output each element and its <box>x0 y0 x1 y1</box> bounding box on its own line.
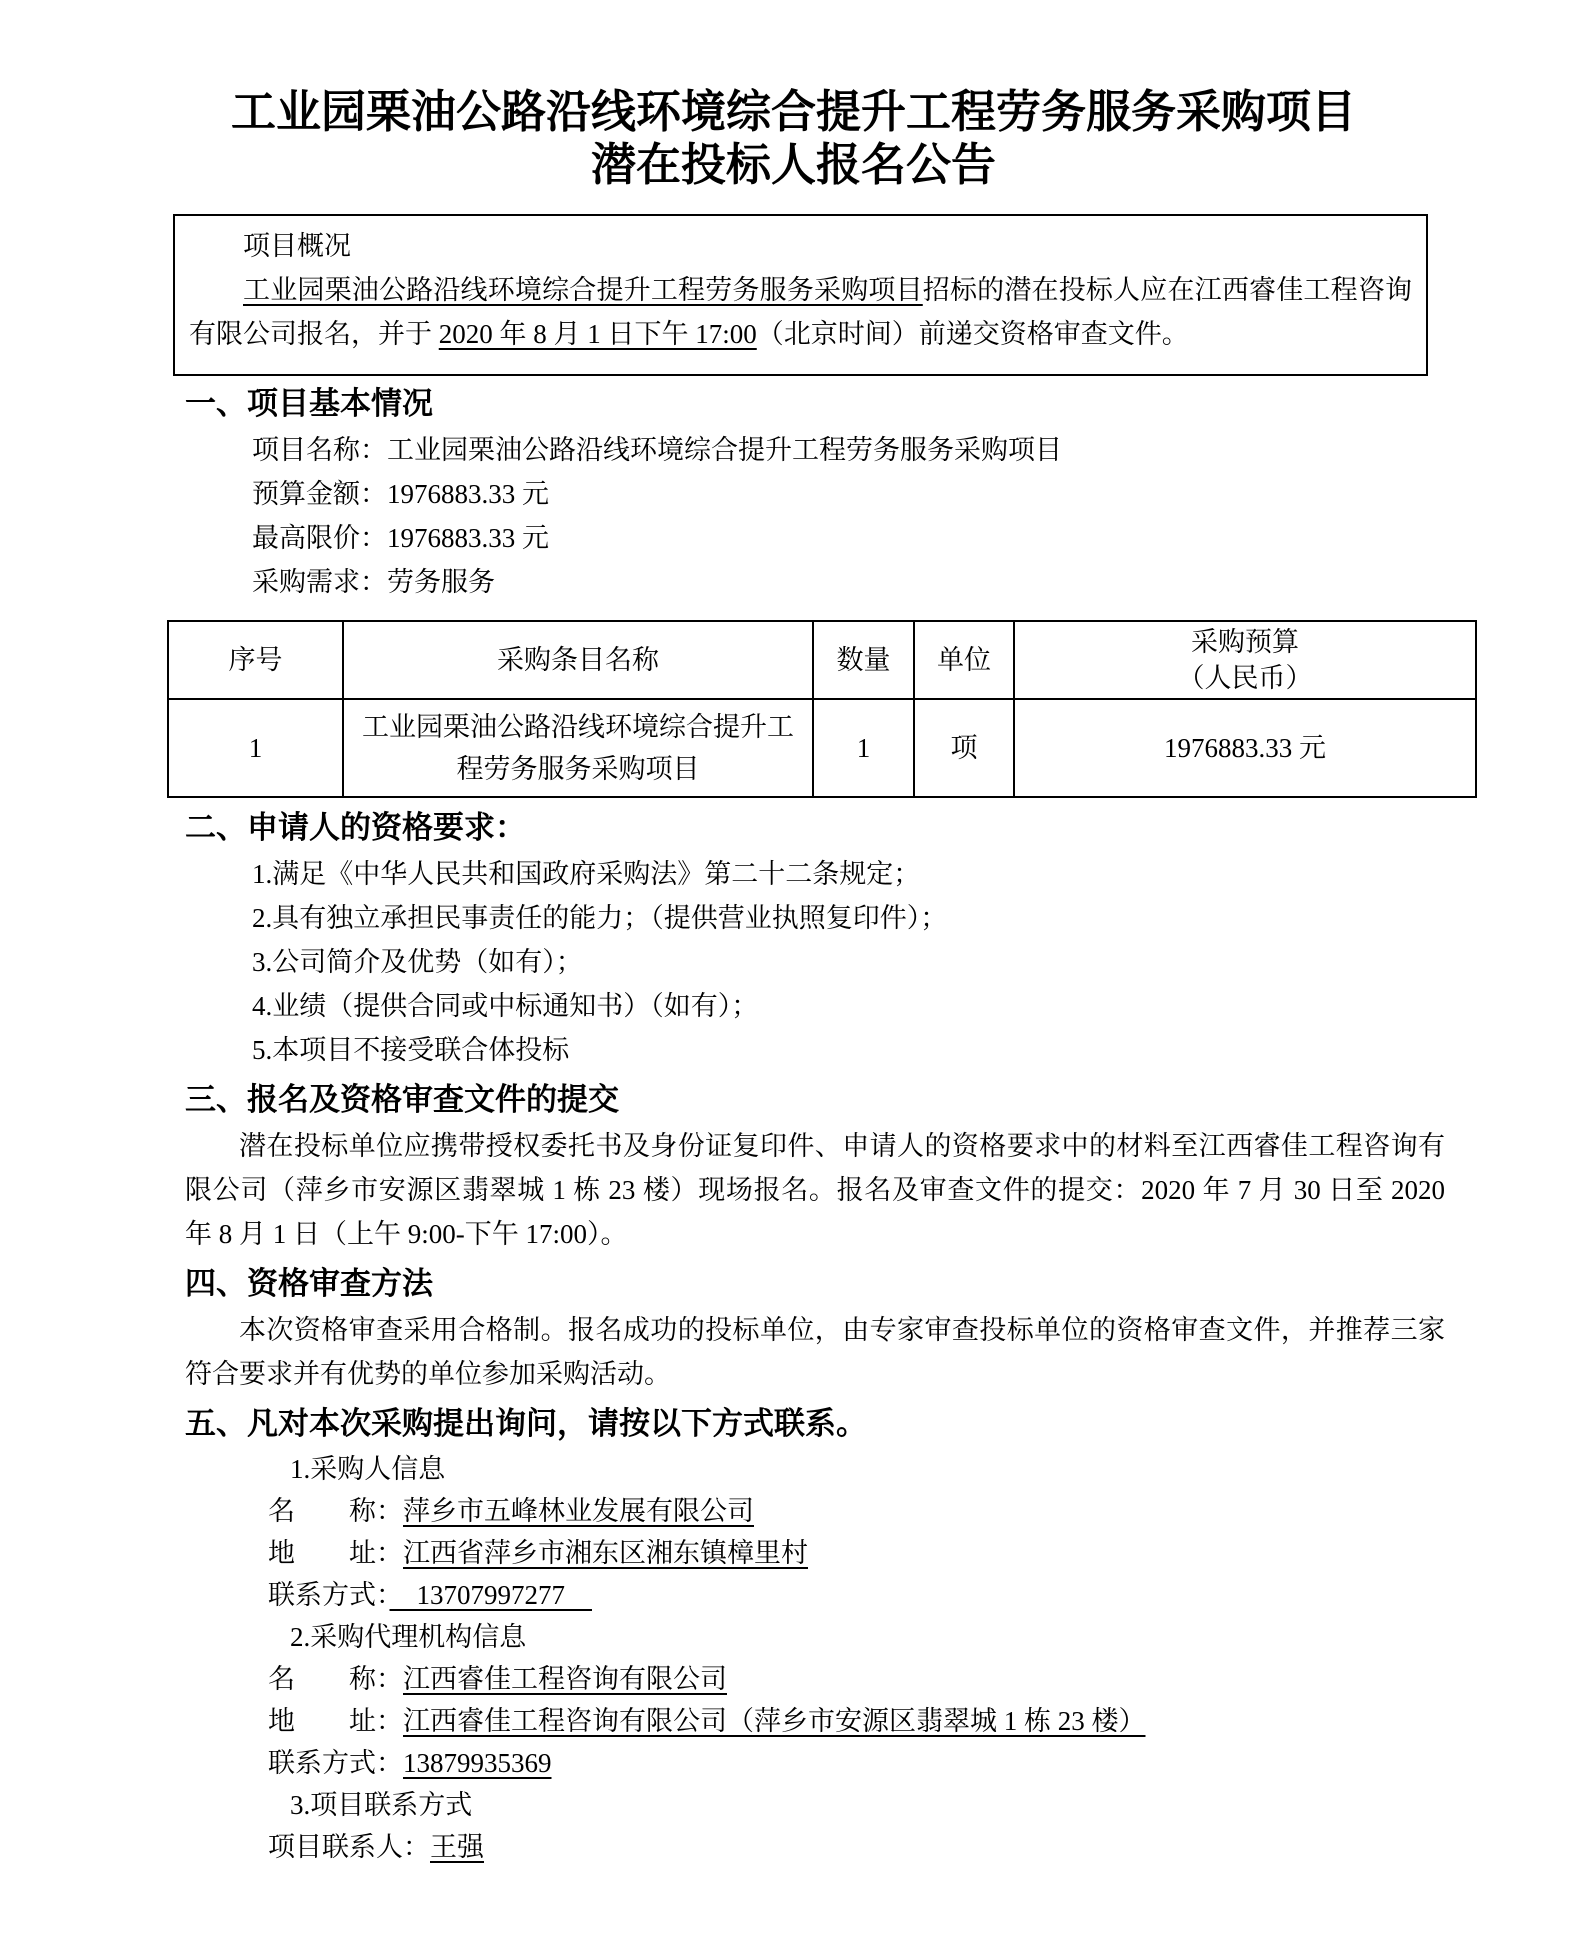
purchaser-address-line: 地 址：江西省萍乡市湘东区湘东镇樟里村 <box>268 1532 1445 1574</box>
section3-heading: 三、报名及资格审查文件的提交 <box>185 1076 1445 1124</box>
cell-serial: 1 <box>168 699 343 797</box>
section4-heading: 四、资格审查方法 <box>185 1260 1445 1308</box>
agency-name-line: 名 称：江西睿佳工程咨询有限公司 <box>268 1658 1445 1700</box>
qualification-item-2: 2.具有独立承担民事责任的能力；（提供营业执照复印件）； <box>252 896 1445 940</box>
procurement-demand-item: 采购需求：劳务服务 <box>252 560 1445 604</box>
announcement-document-page: 工业园栗油公路沿线环境综合提升工程劳务服务采购项目 潜在投标人报名公告 项目概况… <box>0 0 1587 1945</box>
cell-unit: 项 <box>914 699 1014 797</box>
cell-item-name: 工业园栗油公路沿线环境综合提升工程劳务服务采购项目 <box>343 699 813 797</box>
document-title: 工业园栗油公路沿线环境综合提升工程劳务服务采购项目 潜在投标人报名公告 <box>0 0 1587 192</box>
max-price-item: 最高限价：1976883.33 元 <box>252 516 1445 560</box>
header-budget: 采购预算 （人民币） <box>1014 621 1476 699</box>
document-title-line1: 工业园栗油公路沿线环境综合提升工程劳务服务采购项目 <box>0 86 1587 139</box>
project-overview-box: 项目概况 工业园栗油公路沿线环境综合提升工程劳务服务采购项目招标的潜在投标人应在… <box>173 214 1428 376</box>
cell-budget: 1976883.33 元 <box>1014 699 1476 797</box>
section1-heading: 一、项目基本情况 <box>185 380 1445 428</box>
qualification-item-5: 5.本项目不接受联合体投标 <box>252 1028 1445 1072</box>
agency-phone-line: 联系方式：13879935369 <box>268 1742 1445 1784</box>
procurement-items-table: 序号 采购条目名称 数量 单位 采购预算 （人民币） 1 工业园栗油公路沿线环境… <box>167 620 1477 798</box>
header-serial: 序号 <box>168 621 343 699</box>
section3-paragraph: 潜在投标单位应携带授权委托书及身份证复印件、申请人的资格要求中的材料至江西睿佳工… <box>185 1124 1445 1256</box>
qualification-item-3: 3.公司简介及优势（如有）； <box>252 940 1445 984</box>
agency-info-subheading: 2.采购代理机构信息 <box>290 1616 1445 1658</box>
project-contact-subheading: 3.项目联系方式 <box>290 1784 1445 1826</box>
purchaser-phone-line: 联系方式： 13707997277 <box>268 1574 1445 1616</box>
budget-amount-item: 预算金额：1976883.33 元 <box>252 472 1445 516</box>
table-header-row: 序号 采购条目名称 数量 单位 采购预算 （人民币） <box>168 621 1476 699</box>
purchaser-name-line: 名 称：萍乡市五峰林业发展有限公司 <box>268 1490 1445 1532</box>
document-title-line2: 潜在投标人报名公告 <box>0 139 1587 192</box>
overview-label: 项目概况 <box>189 224 1412 268</box>
section2-heading: 二、申请人的资格要求： <box>185 804 1445 852</box>
agency-address-line: 地 址：江西睿佳工程咨询有限公司（萍乡市安源区翡翠城 1 栋 23 楼） <box>268 1700 1445 1742</box>
table-row: 1 工业园栗油公路沿线环境综合提升工程劳务服务采购项目 1 项 1976883.… <box>168 699 1476 797</box>
purchaser-info-subheading: 1.采购人信息 <box>290 1448 1445 1490</box>
overview-paragraph: 工业园栗油公路沿线环境综合提升工程劳务服务采购项目招标的潜在投标人应在江西睿佳工… <box>189 268 1412 356</box>
header-unit: 单位 <box>914 621 1014 699</box>
cell-quantity: 1 <box>813 699 914 797</box>
project-contact-person-line: 项目联系人：王强 <box>268 1826 1445 1868</box>
header-quantity: 数量 <box>813 621 914 699</box>
header-item-name: 采购条目名称 <box>343 621 813 699</box>
section5-heading: 五、凡对本次采购提出询问，请按以下方式联系。 <box>185 1400 1445 1448</box>
section4-paragraph: 本次资格审查采用合格制。报名成功的投标单位，由专家审查投标单位的资格审查文件，并… <box>185 1308 1445 1396</box>
project-name-item: 项目名称：工业园栗油公路沿线环境综合提升工程劳务服务采购项目 <box>252 428 1445 472</box>
qualification-item-1: 1.满足《中华人民共和国政府采购法》第二十二条规定； <box>252 852 1445 896</box>
qualification-item-4: 4.业绩（提供合同或中标通知书）（如有）； <box>252 984 1445 1028</box>
